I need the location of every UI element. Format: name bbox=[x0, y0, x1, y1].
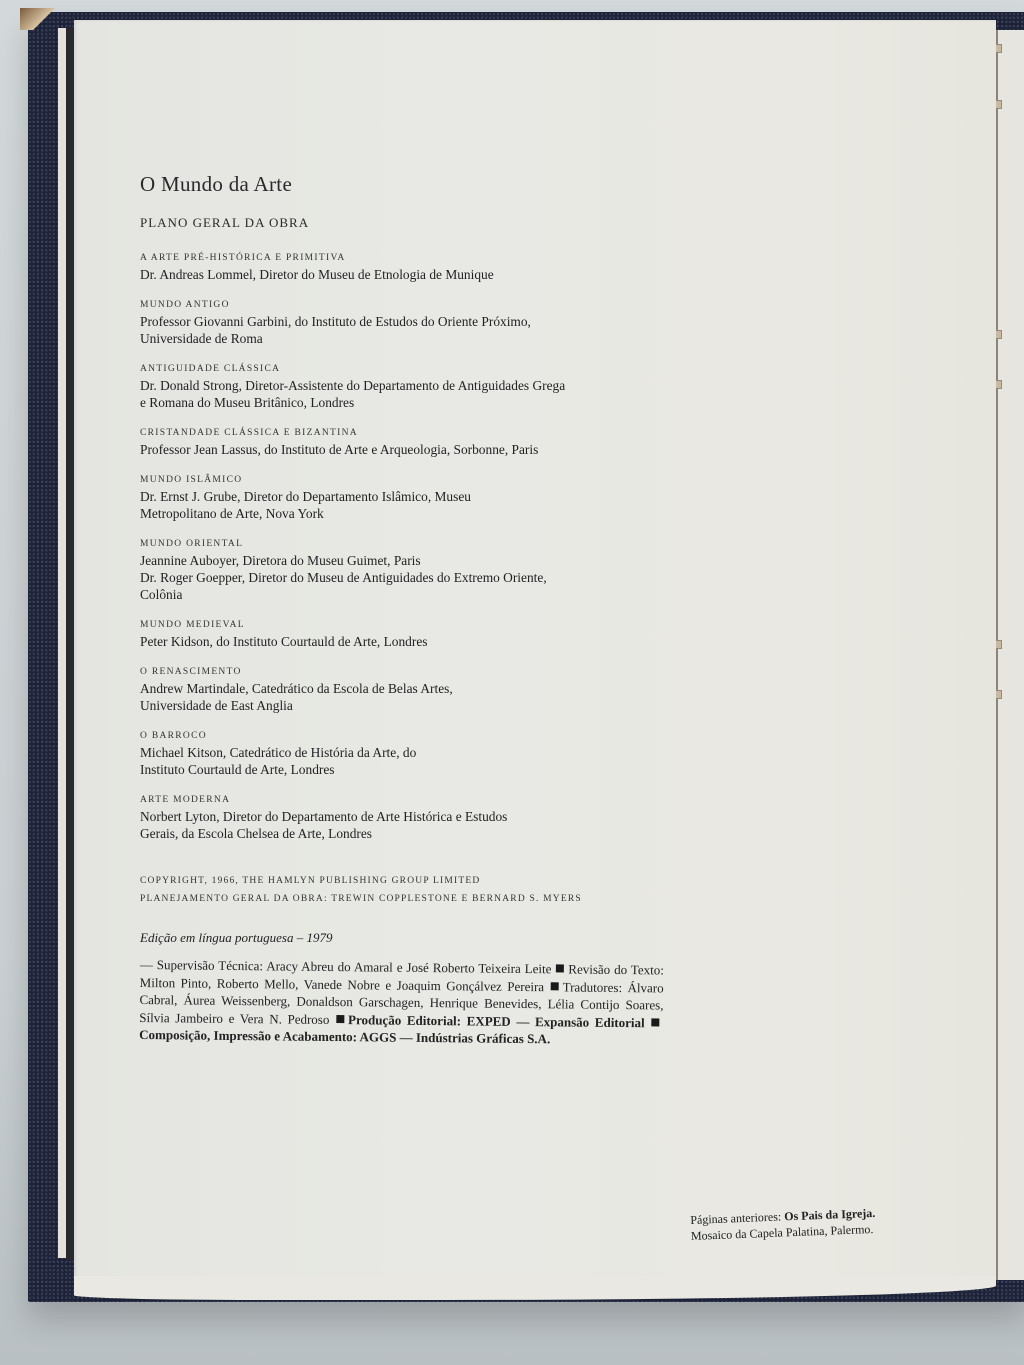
section-barroco: O Barroco Michael Kitson, Catedrático de… bbox=[140, 731, 700, 778]
planning-line: Planejamento Geral da Obra: Trewin Coppl… bbox=[140, 890, 700, 908]
copyright-block: Copyright, 1966, The Hamlyn Publishing G… bbox=[140, 872, 700, 908]
section-author-cont: Gerais, da Escola Chelsea de Arte, Londr… bbox=[140, 825, 700, 842]
copyright-line: Copyright, 1966, The Hamlyn Publishing G… bbox=[140, 872, 700, 890]
section-author-cont: e Romana do Museu Britânico, Londres bbox=[140, 394, 700, 411]
section-author: Peter Kidson, do Instituto Courtauld de … bbox=[140, 633, 700, 650]
page-title: O Mundo da Arte bbox=[140, 172, 700, 197]
square-bullet-icon bbox=[551, 982, 559, 990]
section-heading: A Arte Pré-Histórica e Primitiva bbox=[140, 253, 700, 263]
section-heading: Mundo Antigo bbox=[140, 300, 700, 310]
section-heading: Mundo Medieval bbox=[140, 620, 700, 630]
section-arte-moderna: Arte Moderna Norbert Lyton, Diretor do D… bbox=[140, 795, 700, 842]
section-heading: O Barroco bbox=[140, 731, 700, 741]
section-mundo-medieval: Mundo Medieval Peter Kidson, do Institut… bbox=[140, 620, 700, 650]
credit-producao: Produção Editorial: EXPED — Expansão Edi… bbox=[348, 1012, 645, 1030]
square-bullet-icon bbox=[556, 964, 564, 972]
section-mundo-antigo: Mundo Antigo Professor Giovanni Garbini,… bbox=[140, 300, 700, 347]
page-subtitle: PLANO GERAL DA OBRA bbox=[140, 215, 700, 231]
section-author: Dr. Roger Goepper, Diretor do Museu de A… bbox=[140, 569, 700, 586]
section-heading: Mundo Oriental bbox=[140, 539, 700, 549]
section-author: Dr. Ernst J. Grube, Diretor do Departame… bbox=[140, 488, 700, 505]
section-heading: Arte Moderna bbox=[140, 795, 700, 805]
square-bullet-icon bbox=[651, 1018, 659, 1026]
square-bullet-icon bbox=[336, 1015, 344, 1023]
section-renascimento: O Renascimento Andrew Martindale, Catedr… bbox=[140, 667, 700, 714]
section-heading: Cristandade Clássica e Bizantina bbox=[140, 428, 700, 438]
section-pre-historica: A Arte Pré-Histórica e Primitiva Dr. And… bbox=[140, 253, 700, 283]
endpaper-dark-strip bbox=[66, 28, 74, 1260]
credit-supervisao: — Supervisão Técnica: Aracy Abreu do Ama… bbox=[140, 957, 552, 976]
section-heading: Antiguidade Clássica bbox=[140, 364, 700, 374]
section-author: Norbert Lyton, Diretor do Departamento d… bbox=[140, 808, 700, 825]
section-author-cont: Universidade de Roma bbox=[140, 330, 700, 347]
section-author: Dr. Andreas Lommel, Diretor do Museu de … bbox=[140, 266, 700, 283]
page-content: O Mundo da Arte PLANO GERAL DA OBRA A Ar… bbox=[140, 172, 700, 1044]
section-author-cont: Metropolitano de Arte, Nova York bbox=[140, 505, 700, 522]
adjacent-page-edge bbox=[996, 30, 1024, 1280]
section-antiguidade-classica: Antiguidade Clássica Dr. Donald Strong, … bbox=[140, 364, 700, 411]
worn-cover-corner bbox=[20, 8, 56, 30]
section-author: Michael Kitson, Catedrático de História … bbox=[140, 744, 700, 761]
section-author-cont: Colônia bbox=[140, 586, 700, 603]
section-mundo-oriental: Mundo Oriental Jeannine Auboyer, Diretor… bbox=[140, 539, 700, 603]
section-cristandade: Cristandade Clássica e Bizantina Profess… bbox=[140, 428, 700, 458]
section-heading: O Renascimento bbox=[140, 667, 700, 677]
section-mundo-islamico: Mundo Islâmico Dr. Ernst J. Grube, Diret… bbox=[140, 475, 700, 522]
credits-paragraph: — Supervisão Técnica: Aracy Abreu do Ama… bbox=[139, 956, 664, 1049]
section-author: Jeannine Auboyer, Diretora do Museu Guim… bbox=[140, 552, 700, 569]
section-author: Professor Giovanni Garbini, do Instituto… bbox=[140, 313, 700, 330]
endpaper-strip bbox=[58, 28, 66, 1258]
section-author: Dr. Donald Strong, Diretor-Assistente do… bbox=[140, 377, 700, 394]
section-author: Andrew Martindale, Catedrático da Escola… bbox=[140, 680, 700, 697]
credit-composicao: Composição, Impressão e Acabamento: AGGS… bbox=[139, 1027, 550, 1046]
section-author: Professor Jean Lassus, do Instituto de A… bbox=[140, 441, 700, 458]
section-heading: Mundo Islâmico bbox=[140, 475, 700, 485]
edition-note: Edição em língua portuguesa – 1979 bbox=[140, 930, 700, 946]
section-author-cont: Instituto Courtauld de Arte, Londres bbox=[140, 761, 700, 778]
section-author-cont: Universidade de East Anglia bbox=[140, 697, 700, 714]
